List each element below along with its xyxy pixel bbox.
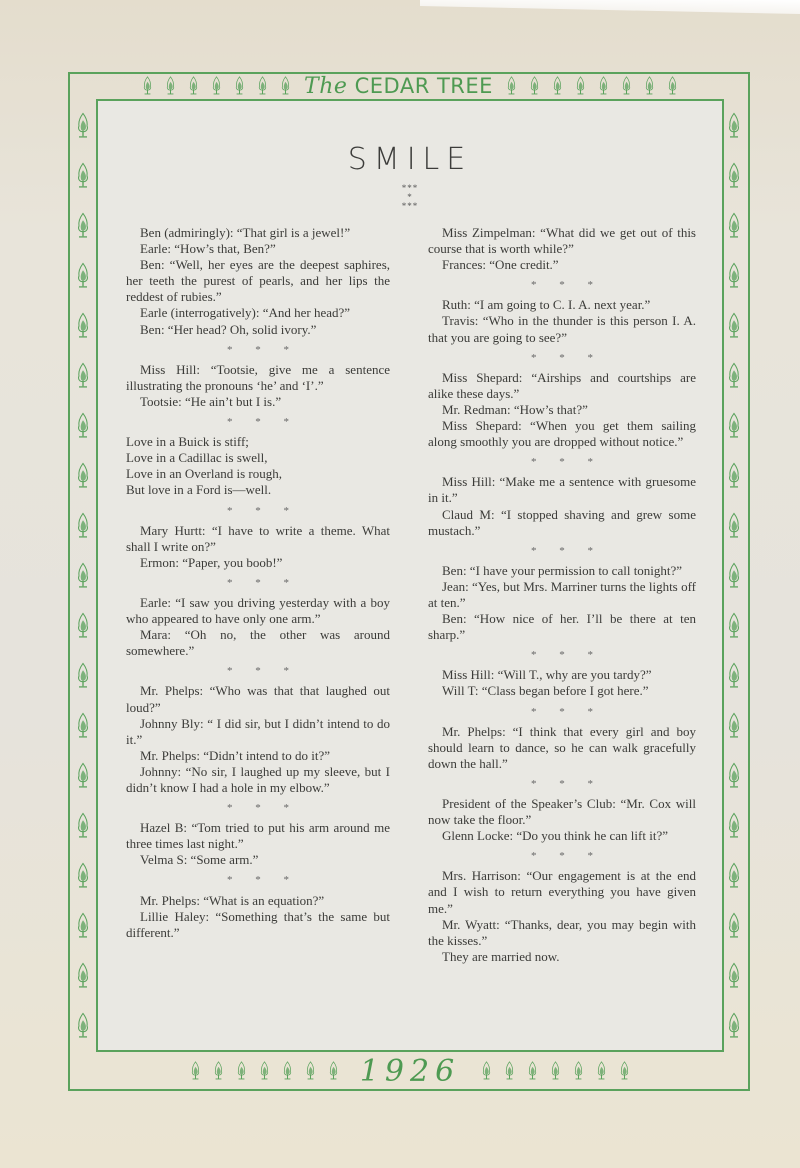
cedar-tree-icon [526,1061,539,1081]
cedar-tree-icon [75,612,91,640]
header-trees-left [141,76,292,96]
dialogue-line: Mr. Phelps: “Who was that that laughed o… [126,683,390,715]
cedar-tree-icon [75,662,91,690]
dialogue-line: Mr. Phelps: “What is an equation?” [126,893,390,909]
joke-block: Miss Zimpelman: “What did we get out of … [428,225,696,273]
cedar-tree-icon [75,512,91,540]
cedar-tree-icon [75,762,91,790]
cedar-tree-icon [726,512,742,540]
cedar-tree-icon [572,1061,585,1081]
cedar-tree-icon [597,76,610,96]
right-column: Miss Zimpelman: “What did we get out of … [428,225,696,965]
cedar-tree-icon [726,312,742,340]
dialogue-line: Mr. Phelps: “I think that every girl and… [428,724,696,772]
cedar-tree-icon [75,1012,91,1040]
section-separator: * * * [126,575,390,591]
cedar-tree-icon [503,1061,516,1081]
cedar-tree-icon [75,162,91,190]
section-separator: * * * [126,503,390,519]
title-ornament: *** * *** [96,184,724,211]
joke-block: Mrs. Harrison: “Our engagement is at the… [428,868,696,965]
joke-block: Mr. Phelps: “I think that every girl and… [428,724,696,772]
joke-block: Miss Hill: “Will T., why are you tardy?”… [428,667,696,699]
cedar-tree-icon [726,1012,742,1040]
joke-block: Ben: “I have your permission to call ton… [428,563,696,643]
cedar-tree-icon [75,812,91,840]
cedar-tree-icon [233,76,246,96]
cedar-tree-icon [505,76,518,96]
cedar-tree-icon [256,76,269,96]
joke-block: Love in a Buick is stiff;Love in a Cadil… [126,434,390,498]
section-separator: * * * [428,704,696,720]
dialogue-line: Ben (admiringly): “That girl is a jewel!… [126,225,390,241]
cedar-tree-icon [643,76,656,96]
cedar-tree-icon [726,862,742,890]
left-column: Ben (admiringly): “That girl is a jewel!… [126,225,390,965]
cedar-tree-icon [618,1061,631,1081]
section-separator: * * * [126,342,390,358]
joke-block: Mr. Phelps: “Who was that that laughed o… [126,683,390,796]
dialogue-line: Frances: “One credit.” [428,257,696,273]
dialogue-line: Jean: “Yes, but Mrs. Marriner turns the … [428,579,696,611]
dialogue-line: Velma S: “Some arm.” [126,852,390,868]
footer-trees-right [480,1061,631,1081]
verse-line: Love in a Cadillac is swell, [126,450,390,466]
section-separator: * * * [428,277,696,293]
section-separator: * * * [126,663,390,679]
cedar-tree-icon [75,862,91,890]
cedar-tree-icon [551,76,564,96]
cedar-tree-icon [620,76,633,96]
section-separator: * * * [428,647,696,663]
dialogue-line: Ruth: “I am going to C. I. A. next year.… [428,297,696,313]
section-separator: * * * [428,350,696,366]
dialogue-line: Earle (interrogatively): “And her head?” [126,305,390,321]
cedar-tree-icon [212,1061,225,1081]
cedar-tree-icon [327,1061,340,1081]
joke-block: Mr. Phelps: “What is an equation?”Lillie… [126,893,390,941]
cedar-tree-icon [726,962,742,990]
cedar-tree-icon [75,562,91,590]
dialogue-line: Mr. Redman: “How’s that?” [428,402,696,418]
cedar-tree-icon [75,912,91,940]
cedar-tree-icon [726,412,742,440]
cedar-tree-icon [141,76,154,96]
dialogue-line: Miss Hill: “Tootsie, give me a sentence … [126,362,390,394]
dialogue-line: President of the Speaker’s Club: “Mr. Co… [428,796,696,828]
cedar-tree-icon [75,312,91,340]
joke-block: Ruth: “I am going to C. I. A. next year.… [428,297,696,345]
dialogue-line: Mr. Phelps: “Didn’t intend to do it?” [126,748,390,764]
joke-block: Mary Hurtt: “I have to write a theme. Wh… [126,523,390,571]
cedar-tree-icon [75,362,91,390]
dialogue-line: Johnny Bly: “ I did sir, but I didn’t in… [126,716,390,748]
dialogue-line: Earle: “How’s that, Ben?” [126,241,390,257]
dialogue-line: Miss Shepard: “When you get them sailing… [428,418,696,450]
verse-line: Love in a Buick is stiff; [126,434,390,450]
cedar-tree-icon [726,662,742,690]
cedar-tree-icon [726,612,742,640]
section-separator: * * * [428,776,696,792]
joke-block: Ben (admiringly): “That girl is a jewel!… [126,225,390,338]
section-separator: * * * [428,454,696,470]
dialogue-line: Johnny: “No sir, I laughed up my sleeve,… [126,764,390,796]
header-band: The CEDAR TREE [90,73,730,99]
cedar-tree-icon [75,412,91,440]
cedar-tree-icon [187,76,200,96]
joke-block: Miss Hill: “Tootsie, give me a sentence … [126,362,390,410]
cedar-tree-icon [480,1061,493,1081]
footer-trees-left [189,1061,340,1081]
cedar-tree-icon [528,76,541,96]
cedar-tree-icon [75,262,91,290]
cedar-tree-icon [258,1061,271,1081]
cedar-tree-icon [75,212,91,240]
cedar-tree-icon [726,262,742,290]
page-corner-highlight [420,0,800,14]
section-separator: * * * [126,800,390,816]
cedar-tree-icon [304,1061,317,1081]
dialogue-line: Miss Hill: “Make me a sentence with grue… [428,474,696,506]
section-separator: * * * [428,543,696,559]
verse-line: But love in a Ford is—well. [126,482,390,498]
dialogue-line: Mary Hurtt: “I have to write a theme. Wh… [126,523,390,555]
cedar-tree-icon [75,462,91,490]
cedar-tree-icon [164,76,177,96]
verse-line: Love in an Overland is rough, [126,466,390,482]
cedar-tree-icon [726,912,742,940]
section-separator: * * * [126,872,390,888]
cedar-tree-icon [210,76,223,96]
dialogue-line: Lillie Haley: “Something that’s the same… [126,909,390,941]
ornament-line: *** [96,202,724,211]
cedar-tree-icon [281,1061,294,1081]
dialogue-line: Ben: “Her head? Oh, solid ivory.” [126,322,390,338]
cedar-tree-icon [726,162,742,190]
cedar-tree-icon [726,212,742,240]
header-title-main: CEDAR TREE [355,74,493,98]
joke-block: Hazel B: “Tom tried to put his arm aroun… [126,820,390,868]
dialogue-line: Ermon: “Paper, you boob!” [126,555,390,571]
running-header-title: The CEDAR TREE [304,74,493,99]
joke-block: Miss Hill: “Make me a sentence with grue… [428,474,696,538]
cedar-tree-icon [726,562,742,590]
section-separator: * * * [126,414,390,430]
header-title-prefix: The [304,74,347,99]
footer-band: 1926 [90,1053,730,1089]
dialogue-line: Miss Hill: “Will T., why are you tardy?” [428,667,696,683]
cedar-tree-icon [75,712,91,740]
cedar-tree-icon [726,112,742,140]
dialogue-line: Glenn Locke: “Do you think he can lift i… [428,828,696,844]
dialogue-line: Will T: “Class began before I got here.” [428,683,696,699]
left-tree-column [71,112,95,1042]
cedar-tree-icon [666,76,679,96]
dialogue-line: Miss Zimpelman: “What did we get out of … [428,225,696,257]
cedar-tree-icon [189,1061,202,1081]
right-tree-column [722,112,746,1042]
dialogue-line: Hazel B: “Tom tried to put his arm aroun… [126,820,390,852]
dialogue-line: Travis: “Who in the thunder is this pers… [428,313,696,345]
dialogue-line: Miss Shepard: “Airships and courtships a… [428,370,696,402]
cedar-tree-icon [726,462,742,490]
cedar-tree-icon [235,1061,248,1081]
dialogue-line: Ben: “Well, her eyes are the deepest sap… [126,257,390,305]
joke-block: Earle: “I saw you driving yesterday with… [126,595,390,659]
cedar-tree-icon [75,112,91,140]
dialogue-line: Mrs. Harrison: “Our engagement is at the… [428,868,696,916]
dialogue-line: Ben: “How nice of her. I’ll be there at … [428,611,696,643]
footer-year: 1926 [360,1054,460,1089]
page-title: SMILE [96,142,724,177]
cedar-tree-icon [75,962,91,990]
joke-block: President of the Speaker’s Club: “Mr. Co… [428,796,696,844]
cedar-tree-icon [549,1061,562,1081]
header-trees-right [505,76,679,96]
cedar-tree-icon [726,812,742,840]
cedar-tree-icon [726,712,742,740]
jokes-columns: Ben (admiringly): “That girl is a jewel!… [126,225,696,965]
cedar-tree-icon [574,76,587,96]
joke-block: Miss Shepard: “Airships and courtships a… [428,370,696,450]
dialogue-line: Tootsie: “He ain’t but I is.” [126,394,390,410]
dialogue-line: They are married now. [428,949,696,965]
cedar-tree-icon [726,362,742,390]
dialogue-line: Ben: “I have your permission to call ton… [428,563,696,579]
cedar-tree-icon [726,762,742,790]
dialogue-line: Mr. Wyatt: “Thanks, dear, you may begin … [428,917,696,949]
section-separator: * * * [428,848,696,864]
dialogue-line: Mara: “Oh no, the other was around somew… [126,627,390,659]
cedar-tree-icon [279,76,292,96]
dialogue-line: Earle: “I saw you driving yesterday with… [126,595,390,627]
cedar-tree-icon [595,1061,608,1081]
dialogue-line: Claud M: “I stopped shaving and grew som… [428,507,696,539]
